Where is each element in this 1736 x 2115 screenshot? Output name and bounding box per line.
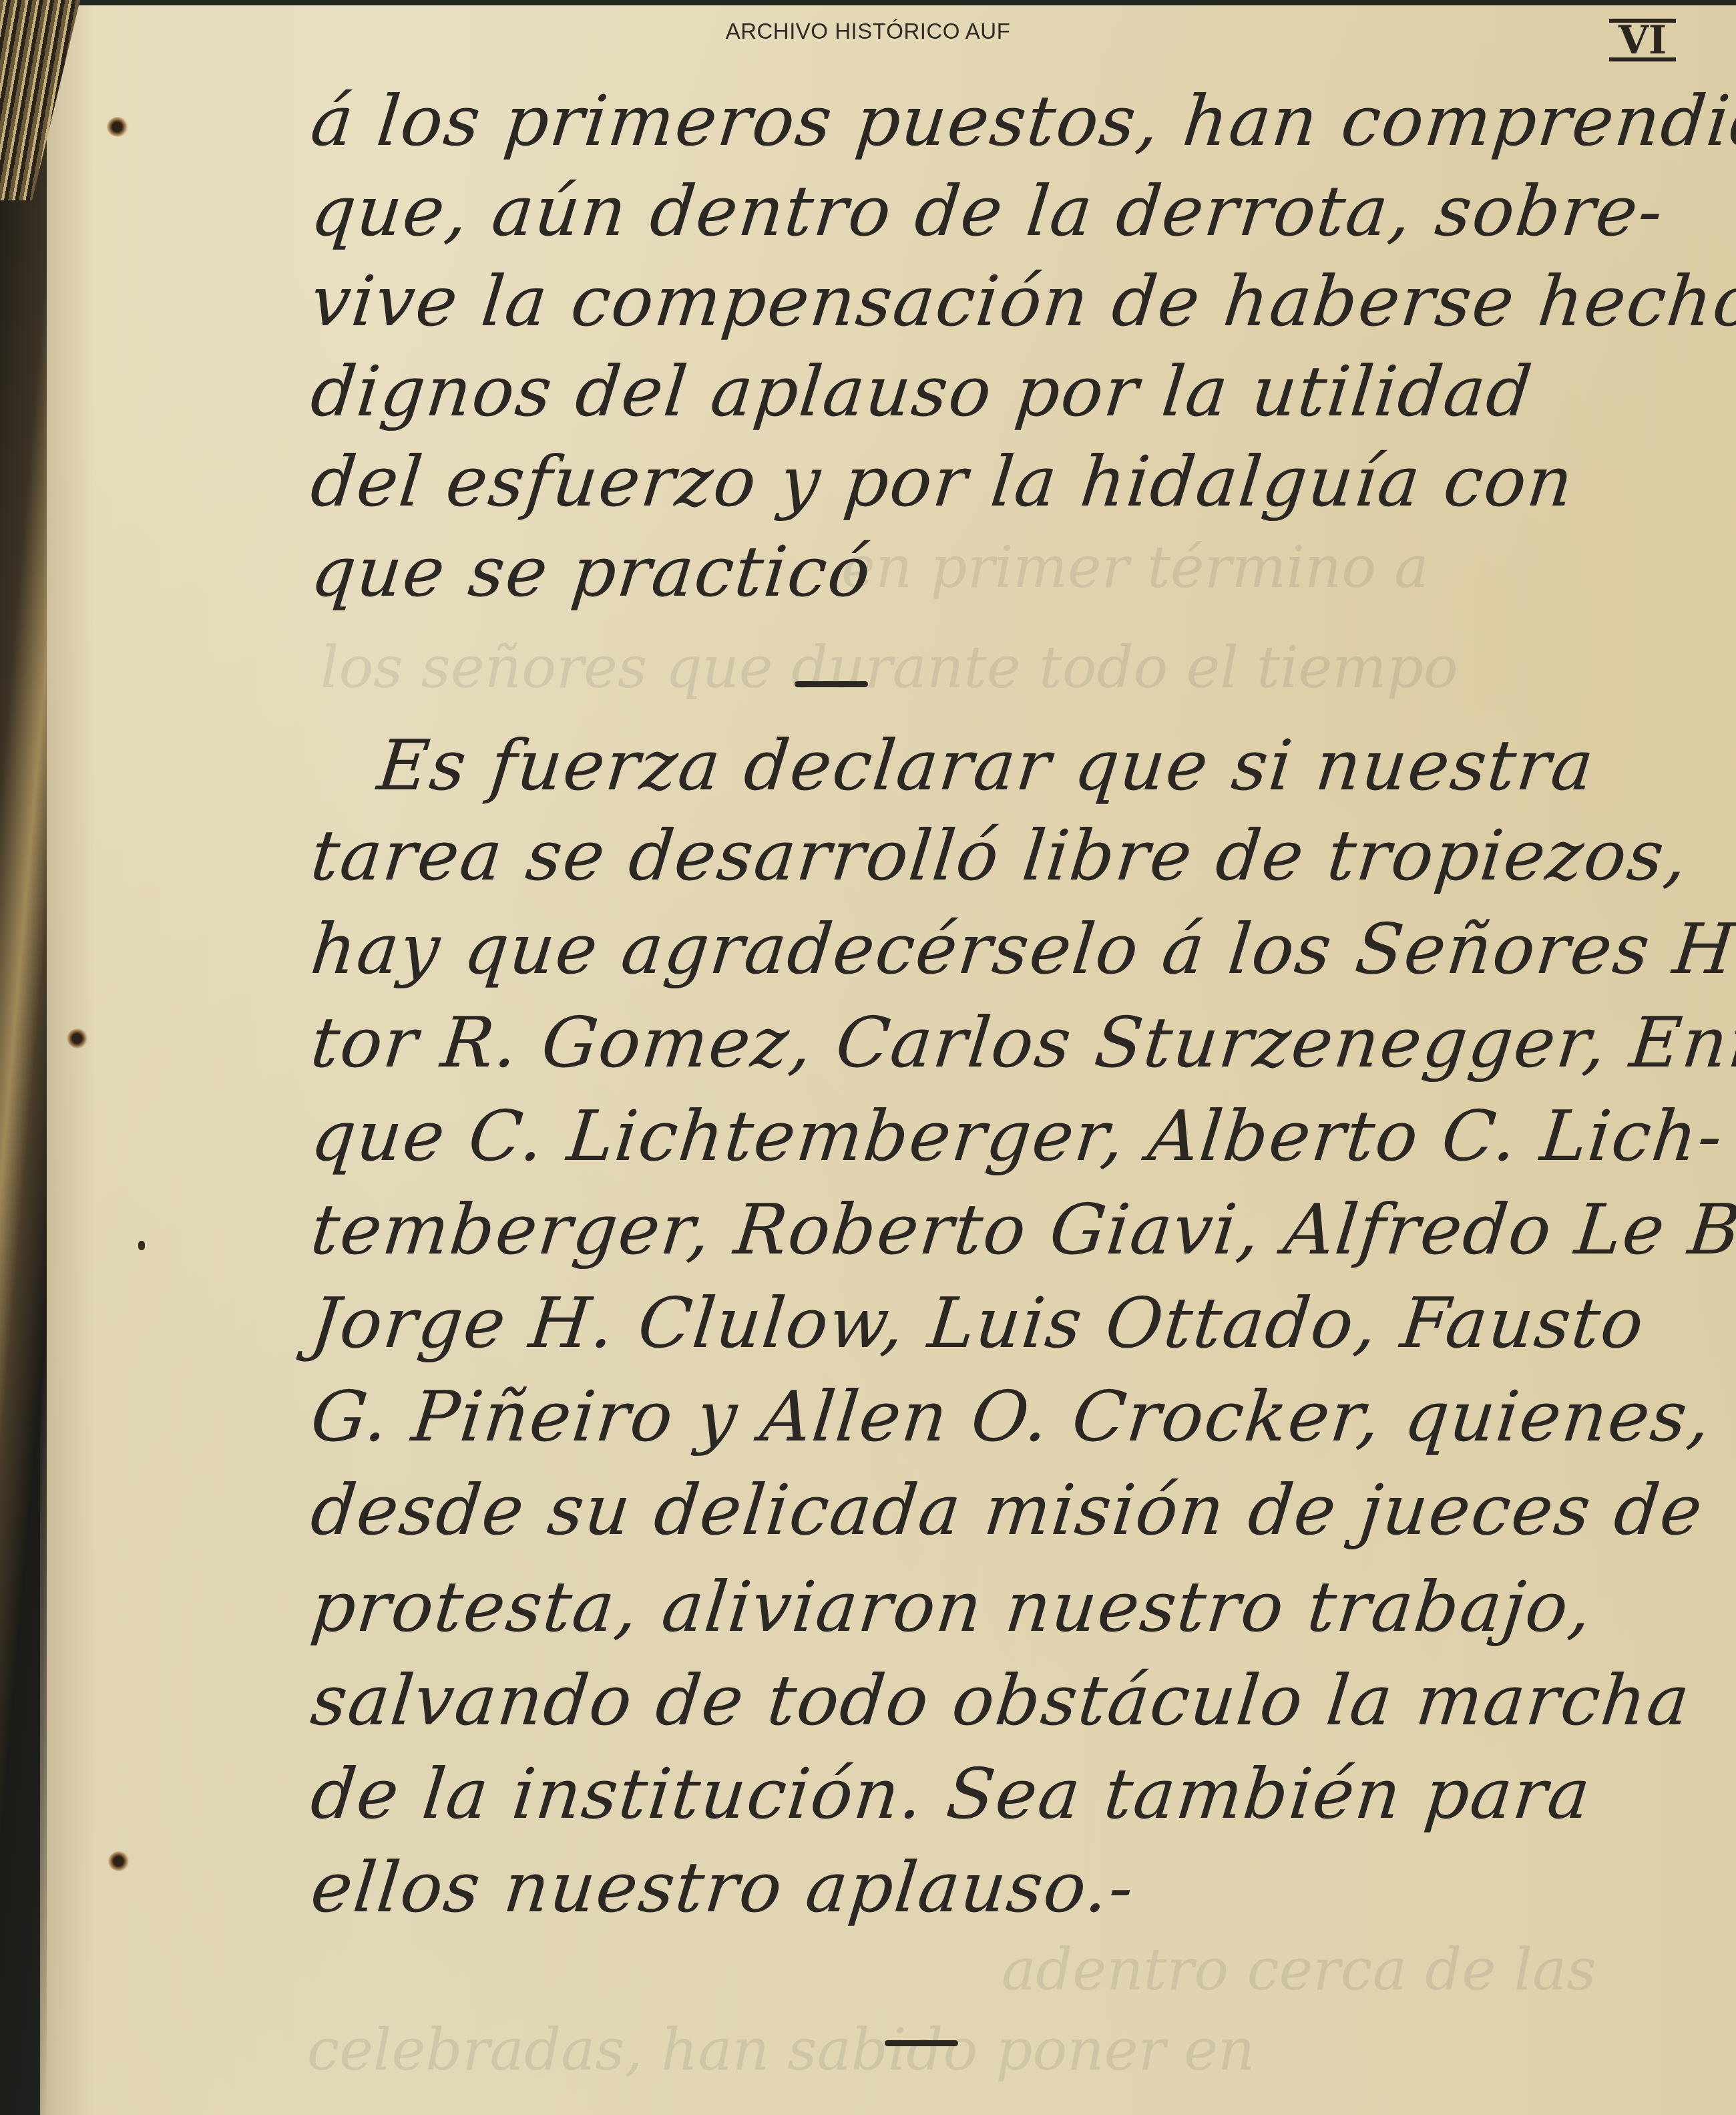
book-binding [0, 0, 47, 2115]
handwritten-line: temberger, Roberto Giavi, Alfredo Le Ba- [307, 1189, 1736, 1270]
handwritten-line: G. Piñeiro y Allen O. Crocker, quienes, [307, 1376, 1715, 1457]
binding-hole-top [107, 117, 130, 137]
binding-hole-middle [67, 1028, 89, 1048]
handwritten-line: salvando de todo obstáculo la marcha [307, 1660, 1695, 1741]
archive-watermark: ARCHIVO HISTÓRICO AUF [0, 19, 1736, 44]
handwritten-line: del esfuerzo y por la hidalguía con [307, 441, 1578, 522]
section-divider [885, 2040, 958, 2046]
handwritten-line: tor R. Gomez, Carlos Sturzenegger, Enri- [307, 1002, 1736, 1083]
handwritten-line: á los primeros puestos, han comprendido [307, 80, 1736, 162]
handwritten-line: vive la compensación de haberse hecho [307, 260, 1736, 342]
handwritten-line: dignos del aplauso por la utilidad [307, 351, 1537, 432]
handwritten-line: hay que agradecérselo á los Señores Hec- [307, 908, 1736, 990]
bleed-through-text: celebradas, han sabido poner en [307, 2017, 1255, 2084]
bleed-through-text: en primer término a [841, 534, 1429, 601]
handwritten-line: de la institución. Sea también para [307, 1753, 1595, 1835]
bleed-through-text: adentro cerca de las [1002, 1937, 1596, 2003]
bleed-through-text: los señores que durante todo el tiempo [320, 634, 1458, 701]
binding-hole-bottom [108, 1851, 131, 1871]
page-fold-shadow [40, 5, 93, 2115]
handwritten-line: Es fuerza declarar que si nuestra [374, 725, 1598, 806]
handwritten-line: tarea se desarrolló libre de tropiezos, [307, 815, 1693, 896]
handwritten-line: ellos nuestro aplauso.- [307, 1847, 1138, 1928]
handwritten-line: que se practicó [307, 531, 875, 612]
handwritten-line: que C. Lichtemberger, Alberto C. Lich- [307, 1095, 1727, 1177]
handwritten-line: protesta, aliviaron nuestro trabajo, [307, 1566, 1596, 1648]
paper-speck [138, 1241, 145, 1250]
page-number-roman: VI [1609, 19, 1676, 61]
handwritten-line: desde su delicada misión de jueces de [307, 1469, 1707, 1551]
handwritten-line: que, aún dentro de la derrota, sobre- [307, 170, 1668, 252]
handwritten-line: Jorge H. Clulow, Luis Ottado, Fausto [307, 1282, 1649, 1364]
section-divider [795, 681, 868, 687]
